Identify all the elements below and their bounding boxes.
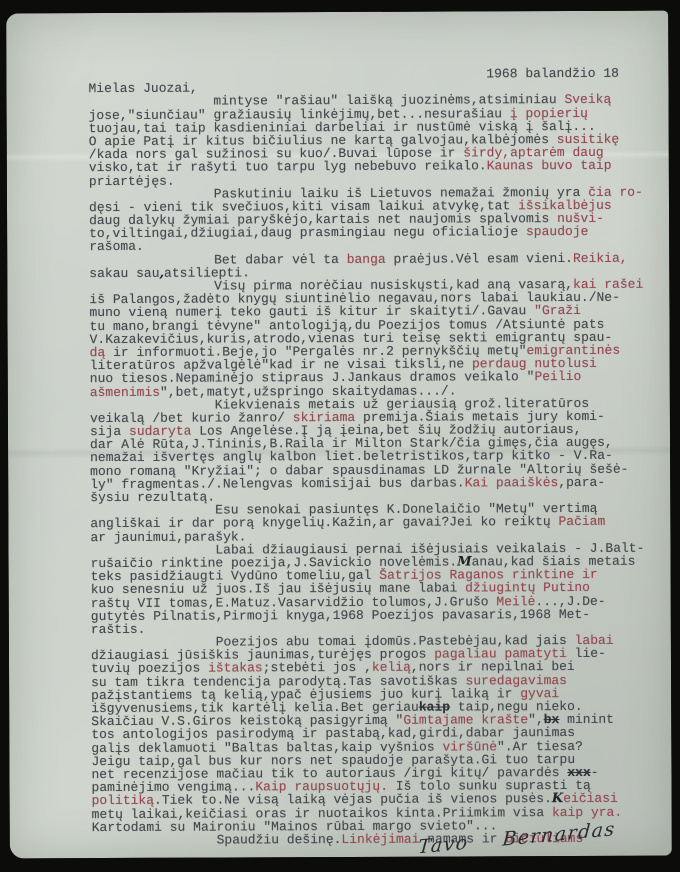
scanner-background: 1968 balandžio 18Mielas Juozai, mintyse … bbox=[0, 0, 680, 872]
signature-gap bbox=[468, 846, 502, 849]
signature-tavo: Tavo bbox=[417, 832, 469, 859]
letter-body: 1968 balandžio 18Mielas Juozai, mintyse … bbox=[88, 67, 663, 848]
letter-line: to,viltingai,džiugiai,daug prasmingiau n… bbox=[89, 225, 661, 241]
letter-line: gutytės Pilnatis,Pirmoji knyga,1968 Poez… bbox=[91, 607, 663, 623]
letter-paper: 1968 balandžio 18Mielas Juozai, mintyse … bbox=[6, 11, 672, 859]
